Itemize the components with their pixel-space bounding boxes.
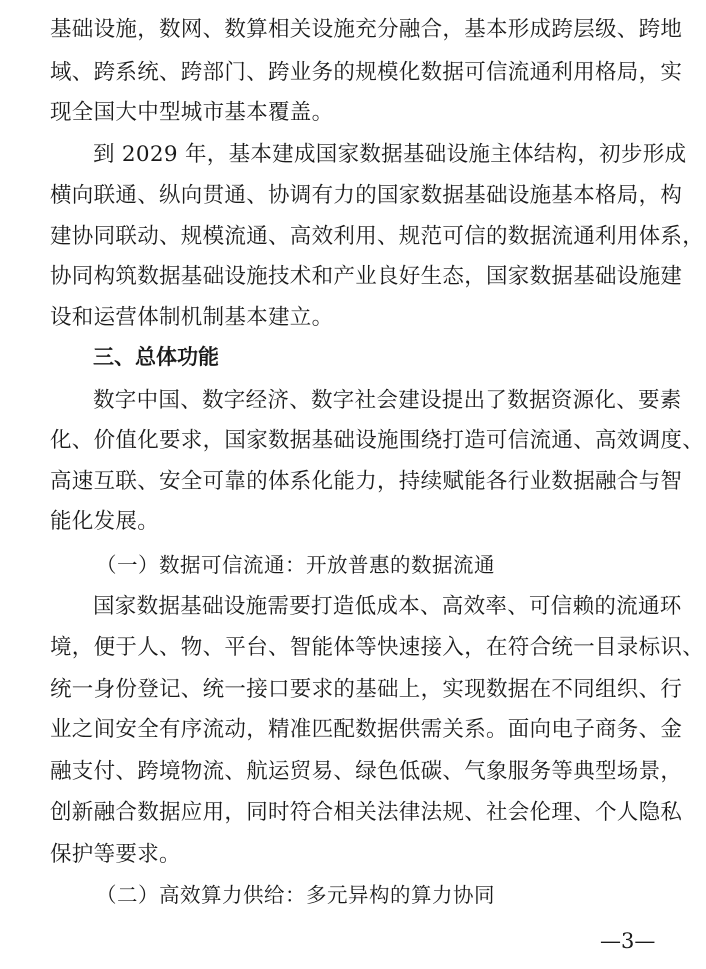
paragraph-line: 域、跨系统、跨部门、跨业务的规模化数据可信流通利用格局，实 <box>50 58 656 88</box>
subsection-heading: （一）数据可信流通：开放普惠的数据流通 <box>96 550 495 580</box>
paragraph-line: 境，便于人、物、平台、智能体等快速接入，在符合统一目录标识、 <box>50 633 656 663</box>
subsection-heading: （二）高效算力供给：多元异构的算力协同 <box>96 880 495 910</box>
paragraph-line: 数字中国、数字经济、数字社会建设提出了数据资源化、要素 <box>93 386 656 416</box>
paragraph-line: 到 2029 年，基本建成国家数据基础设施主体结构，初步形成 <box>93 140 656 170</box>
paragraph-line: 设和运营体制机制基本建立。 <box>50 303 656 333</box>
paragraph-line: 高速互联、安全可靠的体系化能力，持续赋能各行业数据融合与智 <box>50 467 656 497</box>
paragraph-line: 融支付、跨境物流、航运贸易、绿色低碳、气象服务等典型场景， <box>50 757 656 787</box>
page-number: —3— <box>600 926 655 956</box>
paragraph-line: 业之间安全有序流动，精准匹配数据供需关系。面向电子商务、金 <box>50 715 656 745</box>
section-heading: 三、总体功能 <box>93 342 219 372</box>
paragraph-line: 建协同联动、规模流通、高效利用、规范可信的数据流通利用体系， <box>50 222 656 252</box>
paragraph-line: 保护等要求。 <box>50 840 656 870</box>
paragraph-line: 协同构筑数据基础设施技术和产业良好生态，国家数据基础设施建 <box>50 262 656 292</box>
paragraph-line: 能化发展。 <box>50 507 656 537</box>
paragraph-line: 现全国大中型城市基本覆盖。 <box>50 98 656 128</box>
paragraph-line: 国家数据基础设施需要打造低成本、高效率、可信赖的流通环 <box>93 592 656 622</box>
paragraph-line: 化、价值化要求，国家数据基础设施围绕打造可信流通、高效调度、 <box>50 426 656 456</box>
paragraph-line: 横向联通、纵向贯通、协调有力的国家数据基础设施基本格局，构 <box>50 181 656 211</box>
paragraph-line: 创新融合数据应用，同时符合相关法律法规、社会伦理、个人隐私 <box>50 798 656 828</box>
document-page: 基础设施，数网、数算相关设施充分融合，基本形成跨层级、跨地 域、跨系统、跨部门、… <box>0 0 706 969</box>
paragraph-line: 统一身份登记、统一接口要求的基础上，实现数据在不同组织、行 <box>50 675 656 705</box>
paragraph-line: 基础设施，数网、数算相关设施充分融合，基本形成跨层级、跨地 <box>50 15 656 45</box>
